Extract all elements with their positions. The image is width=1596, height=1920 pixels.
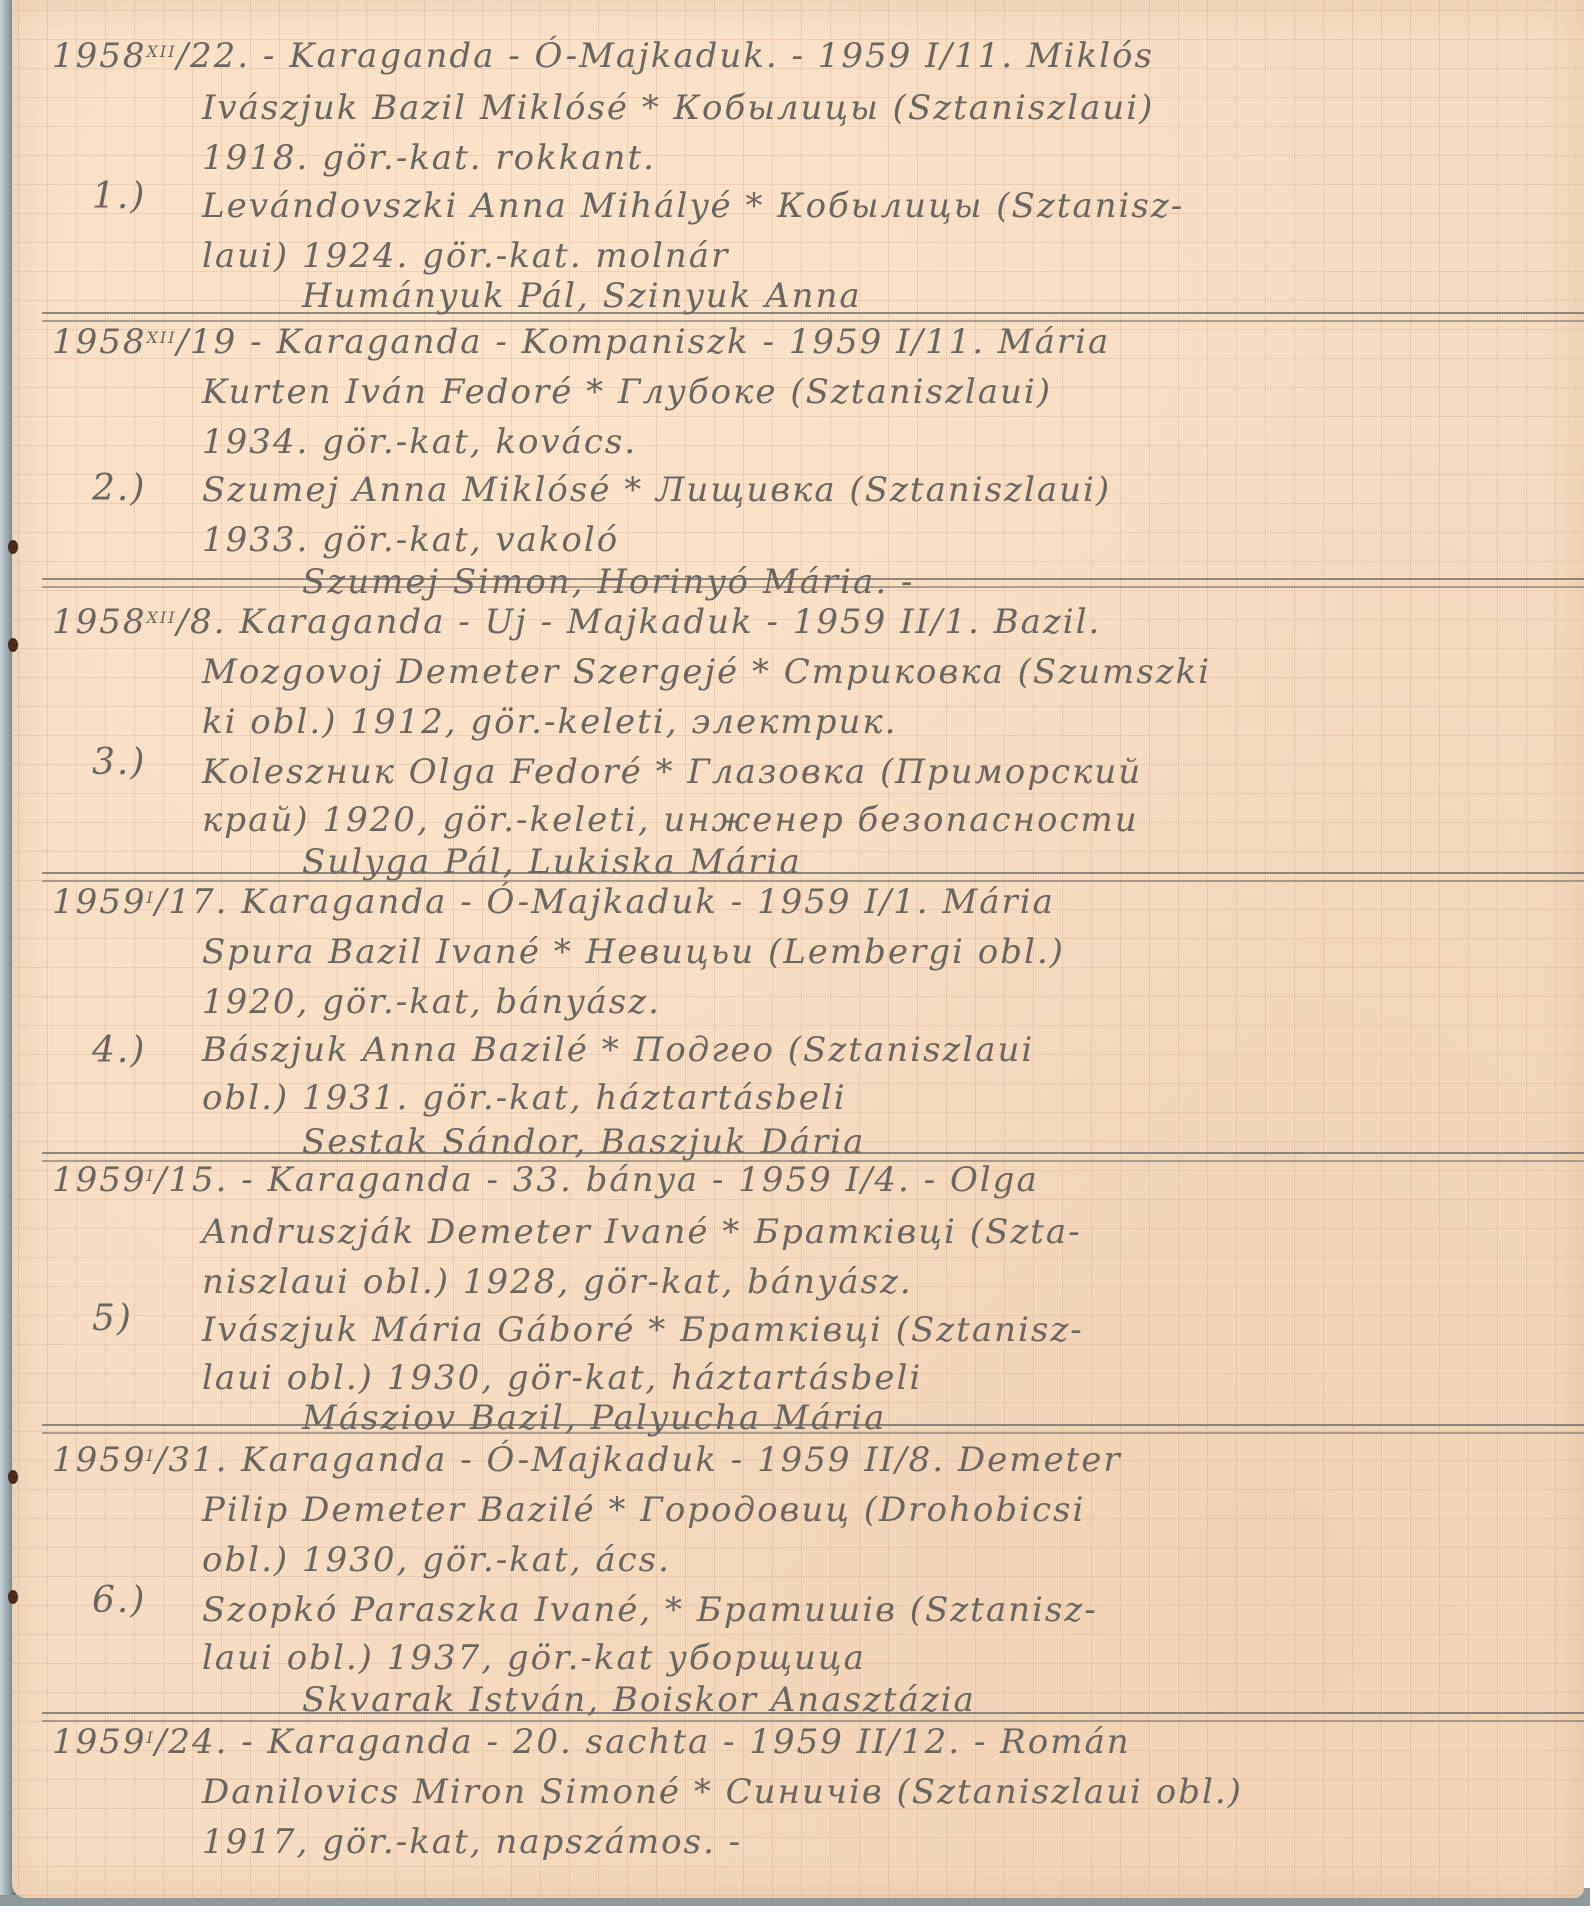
bride-details: край) 1920, gör.-keleti, инженер безопас… (202, 800, 1139, 840)
bride-line: Bászjuk Anna Bazilé * Подгео (Sztaniszla… (202, 1030, 1034, 1070)
entry-number: 1.) (92, 176, 146, 217)
bride-line: Levándovszki Anna Mihályé * Кобылицы (Sz… (202, 186, 1184, 226)
groom-line: Andruszják Demeter Ivané * Братківці (Sz… (202, 1212, 1082, 1252)
entry-day: 15. (168, 1160, 228, 1200)
groom-line: Ivászjuk Bazil Miklósé * Кобылицы (Sztan… (202, 88, 1154, 128)
entry-number: 6.) (92, 1580, 146, 1621)
entry-number: 4.) (92, 1030, 146, 1071)
entry-month: XII (147, 328, 177, 347)
groom-details: ki obl.) 1912, gör.-keleti, электрик. (202, 702, 897, 742)
entry-divider (42, 578, 1584, 588)
groom-line: Danilovics Miron Simoné * Синичів (Sztan… (202, 1772, 1243, 1812)
entry-date: 1958XII/8. Karaganda - Uj - Majkaduk - 1… (52, 602, 1101, 642)
bride-line: Ivászjuk Mária Gáboré * Братківці (Sztan… (202, 1310, 1084, 1350)
entry-month: I (147, 888, 155, 907)
bride-details: laui) 1924. gör.-kat. molnár (202, 236, 729, 276)
entry-year: 1958 (52, 322, 147, 362)
entry-header-text: Karaganda - Ó-Majkaduk - 1959 II/8. Deme… (241, 1440, 1121, 1480)
entry-day: 19 (190, 322, 237, 362)
entry-date: 1958XII/19 - Karaganda - Kompaniszk - 19… (52, 322, 1110, 362)
groom-line: Pilip Demeter Bazilé * Городовиц (Drohob… (202, 1490, 1085, 1530)
staple-hole (8, 638, 18, 652)
entry-month: I (147, 1728, 155, 1747)
entry-year: 1959 (52, 1160, 147, 1200)
entry-day: 17. (168, 882, 228, 922)
entry-header-text: Karaganda - Uj - Majkaduk - 1959 II/1. B… (239, 602, 1101, 642)
groom-details: obl.) 1930, gör.-kat, ács. (202, 1540, 671, 1580)
groom-line: Kurten Iván Fedoré * Глубоке (Sztaniszla… (202, 372, 1052, 412)
bride-details: laui obl.) 1930, gör-kat, háztartásbeli (202, 1358, 922, 1398)
witnesses: Humányuk Pál, Szinyuk Anna (302, 276, 862, 316)
groom-details: 1934. gör.-kat, kovács. (202, 422, 637, 462)
groom-details: niszlaui obl.) 1928, gör-kat, bányász. (202, 1262, 913, 1302)
entry-day: 22. (190, 36, 250, 76)
groom-line: Spura Bazil Ivané * Невицьи (Lembergi ob… (202, 932, 1065, 972)
bride-details: laui obl.) 1937, gör.-kat уборщица (202, 1638, 866, 1678)
entry-day: 8. (190, 602, 226, 642)
entry-month: I (147, 1446, 155, 1465)
entry-year: 1959 (52, 1722, 147, 1762)
entry-date: 1959I/24. - Karaganda - 20. sachta - 195… (52, 1722, 1131, 1762)
entry-divider (42, 1712, 1584, 1722)
bride-line: Szopkó Paraszka Ivané, * Братишів (Sztan… (202, 1590, 1098, 1630)
groom-details: 1918. gör.-kat. rokkant. (202, 138, 656, 178)
entry-header-text: Karaganda - Ó-Majkaduk - 1959 I/1. Mária (241, 882, 1055, 922)
staple-hole (8, 1470, 18, 1484)
entry-header-text: - Karaganda - 20. sachta - 1959 II/12. -… (241, 1722, 1130, 1762)
entry-number: 3.) (92, 742, 146, 783)
entry-date: 1958XII/22. - Karaganda - Ó-Majkaduk. - … (52, 36, 1154, 76)
bride-details: 1933. gör.-kat, vakoló (202, 520, 619, 560)
entry-date: 1959I/15. - Karaganda - 33. bánya - 1959… (52, 1160, 1039, 1200)
entry-divider (42, 1424, 1584, 1434)
entry-number: 5) (92, 1298, 133, 1339)
entry-header-text: - Karaganda - Ó-Majkaduk. - 1959 I/11. M… (263, 36, 1154, 76)
bride-line: Koleszник Olga Fedoré * Глазовка (Примор… (202, 752, 1142, 792)
bride-line: Szumej Anna Miklósé * Лищивка (Sztaniszl… (202, 470, 1111, 510)
entry-header-text: - Karaganda - Kompaniszk - 1959 I/11. Má… (250, 322, 1110, 362)
entry-year: 1959 (52, 882, 147, 922)
entry-month: XII (147, 42, 177, 61)
entry-date: 1959I/31. Karaganda - Ó-Majkaduk - 1959 … (52, 1440, 1122, 1480)
groom-line: Mozgovoj Demeter Szergejé * Стриковка (S… (202, 652, 1211, 692)
entry-year: 1958 (52, 602, 147, 642)
entry-year: 1959 (52, 1440, 147, 1480)
entry-header-text: - Karaganda - 33. bánya - 1959 I/4. - Ol… (241, 1160, 1039, 1200)
groom-details: 1920, gör.-kat, bányász. (202, 982, 661, 1022)
bride-details: obl.) 1931. gör.-kat, háztartásbeli (202, 1078, 847, 1118)
entry-divider (42, 312, 1584, 322)
entry-month: I (147, 1166, 155, 1185)
entry-year: 1958 (52, 36, 147, 76)
entry-day: 31. (168, 1440, 228, 1480)
entry-date: 1959I/17. Karaganda - Ó-Majkaduk - 1959 … (52, 882, 1055, 922)
entry-divider (42, 872, 1584, 882)
entry-day: 24. (168, 1722, 228, 1762)
groom-details: 1917, gör.-kat, napszámos. - (202, 1822, 742, 1862)
staple-hole (8, 1590, 18, 1604)
entry-month: XII (147, 608, 177, 627)
staple-hole (8, 540, 18, 554)
entry-number: 2.) (92, 468, 146, 509)
